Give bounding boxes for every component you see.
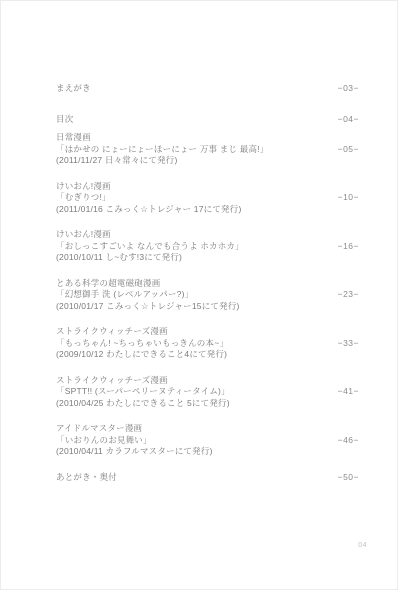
- toc-line: (2009/10/12 わたしにできること4にて発行): [56, 349, 313, 361]
- toc-entry: ストライクウィッチーズ漫画「もっちゃん! ~ちっちゃいもっきんの本~」(2009…: [56, 326, 359, 361]
- toc-line: 「おしっこすごいよ なんでも合うよ ホカホカ」: [56, 241, 313, 253]
- toc-line: 「いおりんのお見舞い」: [56, 435, 313, 447]
- toc-line: (2010/01/17 こみっく☆トレジャー15にて発行): [56, 301, 313, 313]
- toc-entry: ストライクウィッチーズ漫画「SPTT!! (スーパーペリーヌティータイム)」(2…: [56, 375, 359, 410]
- toc-entry-lines: けいおん!漫画「むぎりつ!」(2011/01/16 こみっく☆トレジャー 17に…: [56, 181, 359, 216]
- toc-entry: とある科学の超電磁砲漫画「幻想御手 洗 (レベルアッパー?)」(2010/01/…: [56, 278, 359, 313]
- toc-line: (2010/04/11 カラフルマスターにて発行): [56, 446, 313, 458]
- toc-entry: 目次 −04−: [56, 114, 359, 126]
- toc-entry-lines: けいおん!漫画「おしっこすごいよ なんでも合うよ ホカホカ」(2010/10/1…: [56, 229, 359, 264]
- toc-entry-page-number: −16−: [338, 241, 359, 253]
- toc-list: まえがき −03− 目次 −04− 日常漫画「はかせの にょーにょーほーにょー …: [56, 83, 359, 497]
- toc-entry: 日常漫画「はかせの にょーにょーほーにょー 万事 まじ 最高!」(2011/11…: [56, 132, 359, 167]
- toc-line: ストライクウィッチーズ漫画: [56, 326, 313, 338]
- toc-entry-page-number: −46−: [338, 435, 359, 447]
- toc-page: まえがき −03− 目次 −04− 日常漫画「はかせの にょーにょーほーにょー …: [0, 0, 398, 590]
- toc-entry-lines: ストライクウィッチーズ漫画「もっちゃん! ~ちっちゃいもっきんの本~」(2009…: [56, 326, 359, 361]
- toc-line: ストライクウィッチーズ漫画: [56, 375, 313, 387]
- toc-line: とある科学の超電磁砲漫画: [56, 278, 313, 290]
- toc-entry-lines: とある科学の超電磁砲漫画「幻想御手 洗 (レベルアッパー?)」(2010/01/…: [56, 278, 359, 313]
- toc-entry-page-number: −05−: [338, 144, 359, 156]
- toc-entry-lines: ストライクウィッチーズ漫画「SPTT!! (スーパーペリーヌティータイム)」(2…: [56, 375, 359, 410]
- toc-line: 「はかせの にょーにょーほーにょー 万事 まじ 最高!」: [56, 144, 313, 156]
- toc-line: (2010/10/11 し~むす!3にて発行): [56, 252, 313, 264]
- toc-entry-page-number: −03−: [338, 83, 359, 95]
- toc-line: けいおん!漫画: [56, 181, 313, 193]
- toc-line: 「SPTT!! (スーパーペリーヌティータイム)」: [56, 386, 313, 398]
- toc-entry-lines: まえがき: [56, 83, 359, 95]
- toc-entry-lines: 目次: [56, 114, 359, 126]
- toc-entry-lines: 日常漫画「はかせの にょーにょーほーにょー 万事 まじ 最高!」(2011/11…: [56, 132, 359, 167]
- toc-entry: あとがき・奥付 −50−: [56, 472, 359, 484]
- toc-line: 日常漫画: [56, 132, 313, 144]
- toc-line: まえがき: [56, 83, 313, 95]
- toc-entry: まえがき −03−: [56, 83, 359, 95]
- toc-line: アイドルマスター漫画: [56, 423, 313, 435]
- toc-entry-page-number: −23−: [338, 289, 359, 301]
- toc-entry-page-number: −50−: [338, 472, 359, 484]
- toc-line: (2010/04/25 わたしにできること 5にて発行): [56, 398, 313, 410]
- toc-line: あとがき・奥付: [56, 472, 313, 484]
- toc-entry-page-number: −10−: [338, 192, 359, 204]
- toc-line: 目次: [56, 114, 313, 126]
- toc-line: (2011/01/16 こみっく☆トレジャー 17にて発行): [56, 204, 313, 216]
- toc-entry-page-number: −04−: [338, 114, 359, 126]
- toc-entry-page-number: −33−: [338, 338, 359, 350]
- toc-entry: けいおん!漫画「おしっこすごいよ なんでも合うよ ホカホカ」(2010/10/1…: [56, 229, 359, 264]
- toc-line: けいおん!漫画: [56, 229, 313, 241]
- toc-line: 「もっちゃん! ~ちっちゃいもっきんの本~」: [56, 338, 313, 350]
- toc-entry-lines: アイドルマスター漫画「いおりんのお見舞い」(2010/04/11 カラフルマスタ…: [56, 423, 359, 458]
- toc-entry: アイドルマスター漫画「いおりんのお見舞い」(2010/04/11 カラフルマスタ…: [56, 423, 359, 458]
- page-number: 04: [358, 542, 367, 549]
- toc-entry: けいおん!漫画「むぎりつ!」(2011/01/16 こみっく☆トレジャー 17に…: [56, 181, 359, 216]
- toc-line: 「むぎりつ!」: [56, 192, 313, 204]
- toc-entry-lines: あとがき・奥付: [56, 472, 359, 484]
- toc-line: (2011/11/27 日々常々にて発行): [56, 155, 313, 167]
- toc-line: 「幻想御手 洗 (レベルアッパー?)」: [56, 289, 313, 301]
- toc-entry-page-number: −41−: [338, 386, 359, 398]
